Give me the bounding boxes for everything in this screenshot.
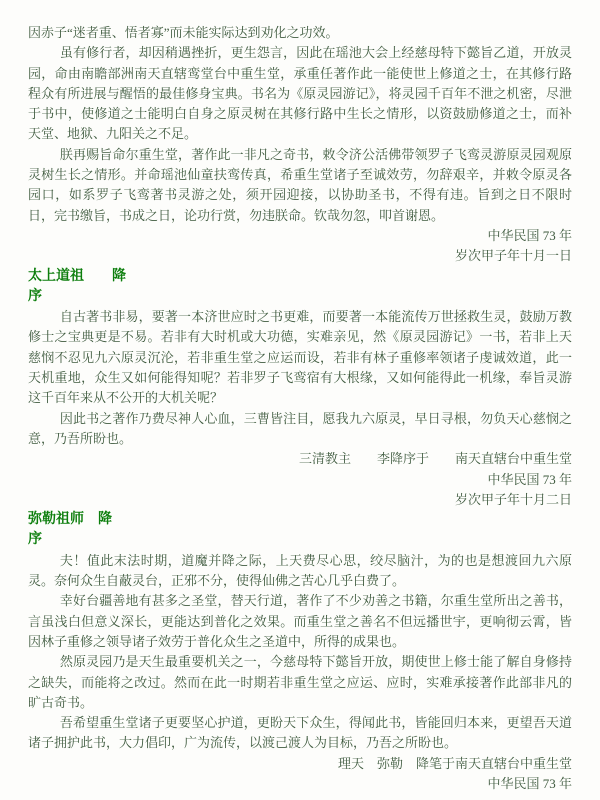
date-line: 中华民国 73 年 [28,226,572,246]
paragraph: 吾希望重生堂诸子更要坚心护道，更盼天下众生，得闻此书，皆能回归本来，更望吾天道诸… [28,713,572,754]
paragraph: 朕再赐旨命尔重生堂，著作此一非凡之奇书，敕令济公活佛带领罗子飞鸾灵游原灵园观原灵… [28,145,572,226]
date-line: 岁次甲子年十月一日 [28,246,572,266]
document-page: 因赤子“迷者重、悟者寡”而未能实际达到劝化之功效。 虽有修行者，却因稍遇挫折，更… [0,0,600,800]
section-subheading: 序 [28,530,572,550]
section-taishang-daozu-preface: 太上道祖 降 序 自古著书非易，要著一本济世应时之书更难，而要著一本能流传万世拯… [28,267,572,511]
section-heading: 太上道祖 降 [28,267,572,287]
paragraph: 夫！值此末法时期，道魔并降之际，上天费尽心思，绞尽脑汁，为的也是想渡回九六原灵。… [28,551,572,592]
signature-line: 理天 弥勒 降笔于南天直辖台中重生堂 [28,754,572,774]
date-line: 中华民国 73 年 [28,774,572,794]
signature-line: 三清教主 李降序于 南天直辖台中重生堂 [28,449,572,469]
section-subheading: 序 [28,287,572,307]
paragraph: 自古著书非易，要著一本济世应时之书更难，而要著一本能流传万世拯救生灵，鼓励万教修… [28,307,572,408]
paragraph: 虽有修行者，却因稍遇挫折，更生怨言，因此在瑶池大会上经慈母特下懿旨乙道，开放灵园… [28,43,572,144]
paragraph: 幸好台疆善地有甚多之圣堂，替天行道，著作了不少劝善之书籍，尔重生堂所出之善书，言… [28,591,572,652]
section-edict: 因赤子“迷者重、悟者寡”而未能实际达到劝化之功效。 虽有修行者，却因稍遇挫折，更… [28,23,572,267]
paragraph: 然原灵园乃是天生最重要机关之一，今慈母特下懿旨开放，期使世上修士能了解自身修持之… [28,652,572,713]
paragraph: 因赤子“迷者重、悟者寡”而未能实际达到劝化之功效。 [28,23,572,43]
section-mile-zushi-preface: 弥勒祖师 降 序 夫！值此末法时期，道魔并降之际，上天费尽心思，绞尽脑汁，为的也… [28,510,572,794]
date-line: 中华民国 73 年 [28,470,572,490]
paragraph: 因此书之著作乃费尽神人心血，三曹皆注目，愿我九六原灵，早日寻根，勿负天心慈悯之意… [28,409,572,450]
section-heading: 弥勒祖师 降 [28,510,572,530]
date-line: 岁次甲子年十月二日 [28,490,572,510]
